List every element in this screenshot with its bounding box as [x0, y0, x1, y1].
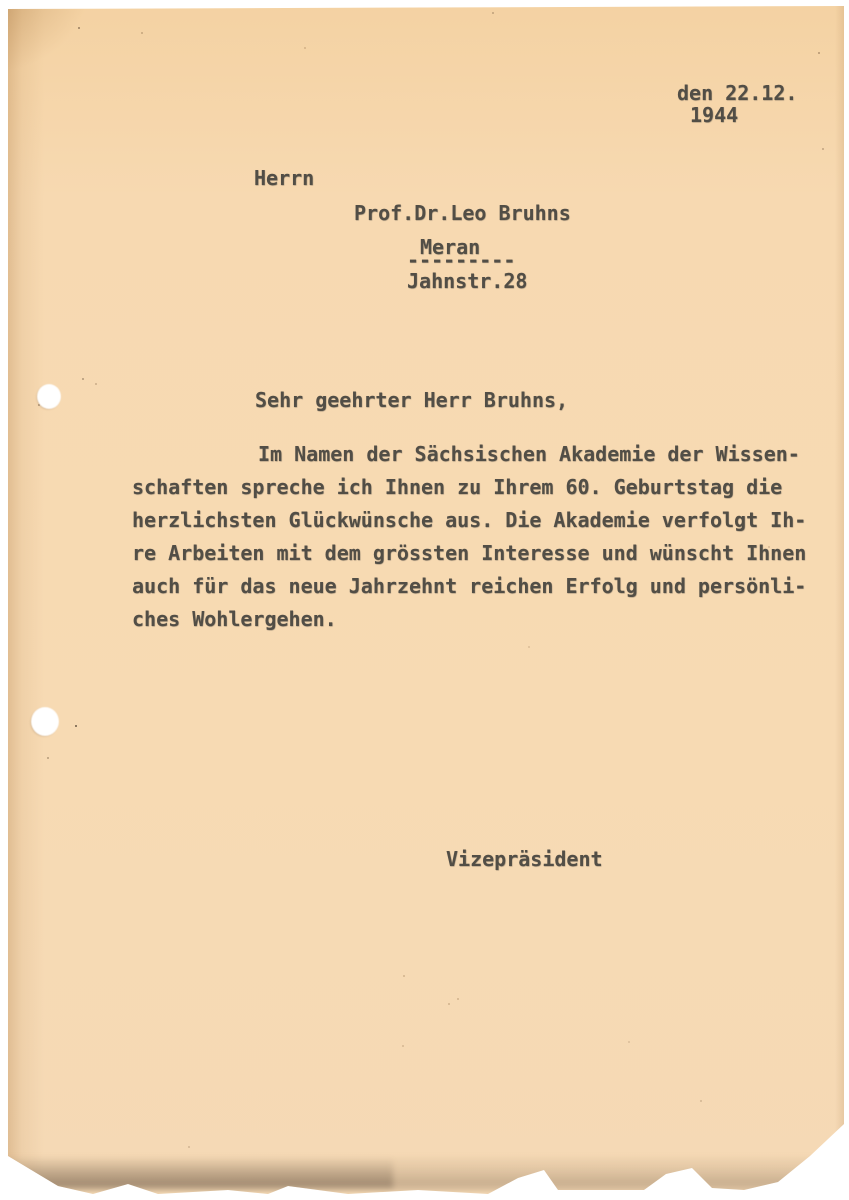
salutation-line: Sehr geehrter Herr Bruhns, [255, 389, 568, 411]
punch-hole [38, 385, 60, 408]
recipient-name: Prof.Dr.Leo Bruhns [354, 202, 571, 224]
date-line-1: den 22.12. [677, 82, 797, 104]
recipient-street: Jahnstr.28 [407, 270, 527, 292]
body-line: schaften spreche ich Ihnen zu Ihrem 60. … [132, 476, 782, 498]
recipient-city-underline: --------- [407, 249, 515, 271]
letter-paper: den 22.12. 1944 Herrn Prof.Dr.Leo Bruhns… [8, 6, 844, 1198]
punch-hole [32, 708, 58, 735]
body-line: auch für das neue Jahrzehnt reichen Erfo… [132, 575, 806, 597]
body-line: ches Wohlergehen. [132, 608, 337, 630]
scanned-letter: den 22.12. 1944 Herrn Prof.Dr.Leo Bruhns… [0, 0, 849, 1200]
body-line: Im Namen der Sächsischen Akademie der Wi… [258, 443, 800, 465]
recipient-prefix: Herrn [254, 167, 314, 189]
signature-title: Vizepräsident [446, 848, 603, 870]
date-line-2: 1944 [690, 104, 738, 126]
body-line: herzlichsten Glückwünsche aus. Die Akade… [132, 509, 806, 531]
paper-specks [8, 6, 10, 8]
body-line: re Arbeiten mit dem grössten Interesse u… [132, 542, 806, 564]
torn-edge-shadow [8, 1158, 393, 1188]
